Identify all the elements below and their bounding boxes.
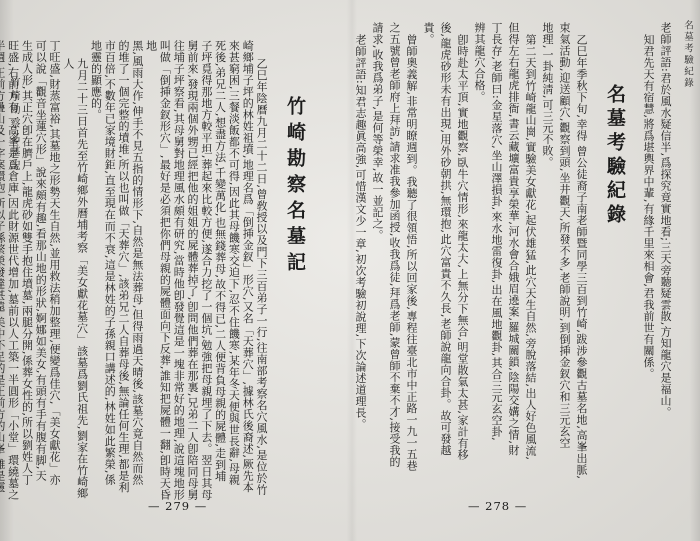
text-column: 地理,一卦純淸,可三元不敗。 [539, 22, 556, 510]
text-column: 市百倍,不數年已家境財鉅,直至現在而不衰,這是林姓的子孫親口講述的,林姓如此繁榮… [102, 40, 116, 506]
text-column: 崎鄉埔子坪的林姓祖墳,地理名爲「倒挿金釵」形穴,又名「天葬穴」,據林氏後裔述,厥… [240, 40, 254, 506]
page-number-right: — 278 — [468, 499, 527, 513]
page-number-left: — 279 — [148, 499, 207, 513]
text-column: 束氣活動,迎送顧穴,觀察到頭,坐井觀天,所發不多,老師說明,到倒挿金釵穴和三元玄… [556, 22, 573, 510]
text-column: 半週,正前方疊山及一字案環抱,所以子孫繁榮發達甚遠,美中不足的是正前方的山峯,雖… [0, 40, 6, 506]
text-column: 旺盛,右前方有一高峯是爲倉庫,因此財源世代增加,墓前以人工築一半圓形「小堂」環繞… [6, 40, 20, 506]
left-page-text-columns: 竹崎勘察名墓記乙巳年陰曆九月二十二日,曾敎授以及門下三百弟子一行,往南部考察名穴… [0, 40, 324, 506]
text-column: 但得左右龍虎排衙,書云藏壙富貴享榮華,河水會合娥眉遶案,羅城關鎖,陰陽交媾之情,… [505, 22, 522, 510]
text-column: 乙巳年陰曆九月二十二日,曾敎授以及門下三百弟子一行,往南部考察名穴風水,是位於竹 [254, 40, 268, 506]
text-column: 曾師奧義解,非常明瞭週到。我聽了很領悟,所以回家後,專程往臺北市中正路一九一五巷 [403, 22, 420, 510]
text-column: 竹崎勘察名墓記 [278, 40, 312, 506]
text-column: 第二天到竹崎龍山崗,實驗美女獻花,起伏雄猛,此穴天生自然,旁脫落結,出人好色風流… [522, 22, 539, 510]
text-column: 後,龍虎砂形未有出現,用外砂朝拱,無環抱,此穴富貴不久長,老師說龍向合卦。故可發… [437, 22, 454, 510]
text-column: 可以說「觀音坐蓮穴形」說來頗有趣,看那山地的形狀,婀娜如美女,有頭有手有腹有脚,… [33, 40, 47, 506]
text-column: 死後,弟兄二人,想盡方法,千變萬化,也無錢葬母,故不得已,二人便背負母親的屍體,… [213, 40, 227, 506]
text-column: 的堆了一個完整的墳堆,所以也叫做「天葬穴」,該弟兄二人自葬母後,無論任何生理,都… [116, 40, 130, 506]
text-column: 往埔子坪察看,其母舅對地理風水頗有研究,當時他卽發覺這是一塊非常好的地理,說這塊… [171, 40, 185, 506]
text-column: 辨其龍穴合格。 [471, 22, 488, 510]
right-page-text-columns: 老師評語:君於風水疑信半,爲探究竟實地看;三天旁聽疑雲散,方知龍穴是福山。知君先… [352, 22, 674, 510]
text-column: 生成人形,其正穴卽在臍戶上,龍虎砂如雙手抱住墳墓,兩腿分開,係葬女性的,所以劉姓… [20, 40, 34, 506]
text-column: 老師評語:知君志趣眞高強,可惜漢文少一章,初次考驗初說理,下次論述道理長。 [352, 22, 369, 510]
text-column: 貴。 [420, 22, 437, 510]
text-column: 老師評語:君於風水疑信半,爲探究竟實地看;三天旁聽疑雲散,方知龍穴是福山。 [657, 22, 674, 510]
text-column: 九月二十三日首先至竹崎鄉外曆埔考察「美女獻花墓穴」該墓爲劉氏祖先,劉家在竹崎鄉人 [61, 40, 89, 506]
text-column: 名墓考驗紀錄 [598, 22, 632, 510]
text-column: 請求,收我爲弟子,是何等榮幸,故一並記之。 [369, 22, 386, 510]
running-head: 名墓考驗紀錄 [680, 20, 694, 89]
text-column: 知君先天有宿慧,將爲堪輿界中輩,有緣千里來相會,君我前世有關係。 [640, 22, 657, 510]
text-column: 乙巳年季秋下旬,幸得 曾公徒裔子南老師暨同學三百到竹崎,跋涉參觀古墓名地,高峯出… [573, 22, 590, 510]
text-column: 地靈的顯應的。 [89, 40, 103, 506]
text-column: 黑,風雨大作,伸手不見五指的情形下,自然是無法葬母,但得雨過天晴後,該墓穴竟自然… [130, 40, 144, 506]
text-column: 舅前來,發現兩個外甥已經把他的姐姐的屍體葬掉了,卽問他們葬在那裏,兄弟二人卽陪同… [185, 40, 199, 506]
page-right: 名墓考驗紀錄 老師評語:君於風水疑信半,爲探究竟實地看;三天旁聽疑雲散,方知龍穴… [352, 0, 700, 541]
text-column: 卽時赴太平頂,實地觀察,臥牛穴情形,來龍太大,上無分下無合,明堂散氣太甚,家計有… [454, 22, 471, 510]
text-column: 丁旺盛,財蒸富裕,其墓地之形勢天生自然,並用救法稍加整理,便變爲佳穴,「美女獻花… [47, 40, 61, 506]
page-left: 竹崎勘察名墓記 竹崎勘察名墓記乙巳年陰曆九月二十二日,曾敎授以及門下三百弟子一行… [0, 0, 352, 541]
text-column: 之五號曾老師府上拜訪,請求准我參加函授,收我爲徒,拜爲老師,蒙曾師不棄不才,接受… [386, 22, 403, 510]
text-column: 子坪覓得那地方較平坦,葬起來比較方便,遂合力挖了一個坑,勉強把母親埋了下去。翌日… [199, 40, 213, 506]
text-column: 叫做「倒挿金釵形穴」,最好是必須把你們母親的屍體面向下反葬,誰知把屍體一翻,卽時… [144, 40, 172, 506]
text-column: 來甚窮困,三餐淡飯都不可得,因此其母饑寒交迫下,忍不住饑寒,某年冬天便與世長辭,… [227, 40, 241, 506]
text-column: 丁長存,老師曰:金星落穴,坐山澤損卦,來水地雷復卦,出在風地觀卦,其合三元玄空卦… [488, 22, 505, 510]
book-spread: 名墓考驗紀錄 老師評語:君於風水疑信半,爲探究竟實地看;三天旁聽疑雲散,方知龍穴… [0, 0, 700, 541]
